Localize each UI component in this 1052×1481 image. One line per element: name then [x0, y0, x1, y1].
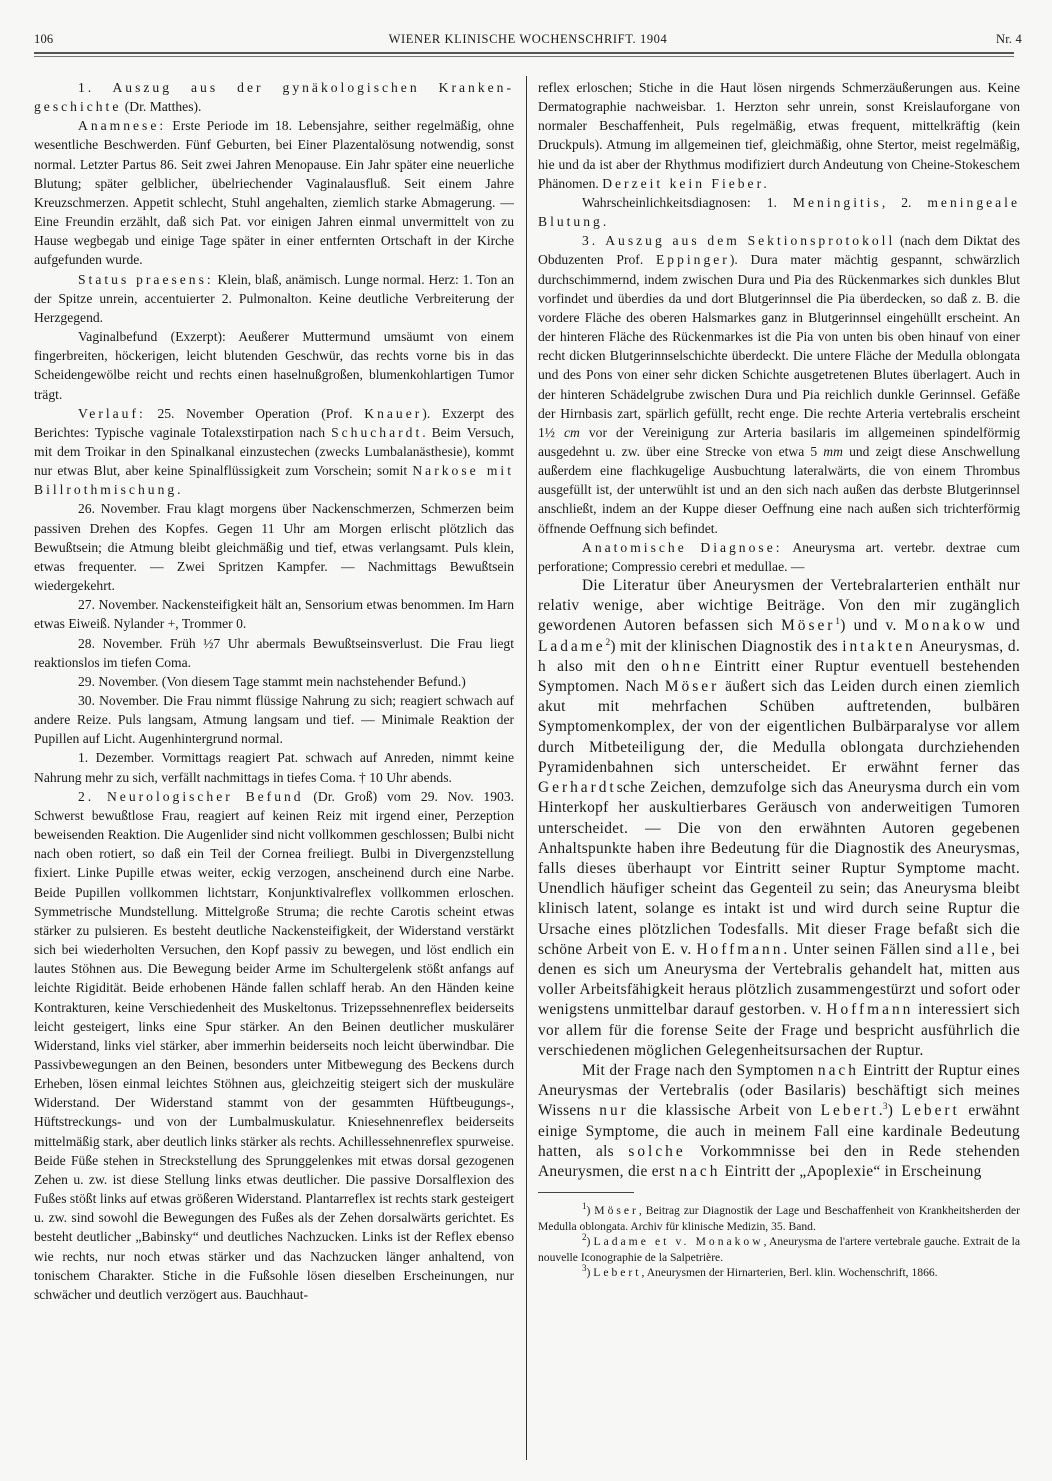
anamnese-paragraph: Anamnese: Erste Periode im 18. Lebensjah…	[34, 116, 514, 269]
anatomische-diagnose: Anatomische Diagnose: Aneurysma art. ver…	[538, 538, 1020, 576]
entry-28-november: 28. November. Früh ½7 Uhr abermals Bewuß…	[34, 634, 514, 672]
entry-1-dezember: 1. Dezember. Vormittags reagiert Pat. sc…	[34, 748, 514, 786]
verlauf-paragraph: Verlauf: 25. November Operation (Prof. K…	[34, 404, 514, 500]
left-column: 1. Auszug aus der gynäkologischen Kranke…	[34, 78, 514, 1304]
footnotes: 1) Möser, Beitrag zur Diagnostik der Lag…	[538, 1203, 1020, 1281]
status-praesens-paragraph: Status praesens: Klein, blaß, anämisch. …	[34, 270, 514, 327]
footnote-rule	[538, 1192, 634, 1193]
issue-number: Nr. 4	[996, 32, 1022, 47]
footnote-1: 1) Möser, Beitrag zur Diagnostik der Lag…	[538, 1203, 1020, 1234]
wahrscheinlichkeitsdiagnosen: Wahrscheinlichkeitsdiagnosen: 1. Meningi…	[538, 193, 1020, 231]
entry-30-november: 30. November. Die Frau nimmt flüssige Na…	[34, 691, 514, 748]
entry-27-november: 27. November. Nackensteifigkeit hält an,…	[34, 595, 514, 633]
right-column: reflex erloschen; Stiche in die Haut lös…	[538, 78, 1020, 1281]
sektionsprotokoll-paragraph: 3. Auszug aus dem Sektionsprotokoll (nac…	[538, 231, 1020, 538]
page-header: 106 WIENER KLINISCHE WOCHENSCHRIFT. 1904…	[34, 32, 1022, 52]
literature-discussion: Die Literatur über Aneurysmen der Verteb…	[538, 576, 1020, 1182]
footnote-3: 3) Lebert, Aneurysmen der Hirnarterien, …	[538, 1265, 1020, 1281]
vaginalbefund-paragraph: Vaginalbefund (Exzerpt): Aeußerer Mutter…	[34, 327, 514, 404]
literature-paragraph-1: Die Literatur über Aneurysmen der Verteb…	[538, 576, 1020, 1061]
footnote-2: 2) Ladame et v. Monakow, Aneurysma de l'…	[538, 1234, 1020, 1265]
header-rule	[34, 52, 1014, 57]
entry-29-november: 29. November. (Von diesem Tage stammt me…	[34, 672, 514, 691]
neurologischer-befund-paragraph: 2. Neurologischer Befund (Dr. Groß) vom …	[34, 787, 514, 1304]
entry-26-november: 26. November. Frau klagt morgens über Na…	[34, 499, 514, 595]
column-divider	[526, 76, 527, 1460]
journal-title: WIENER KLINISCHE WOCHENSCHRIFT. 1904	[34, 32, 1022, 47]
literature-paragraph-2: Mit der Frage nach den Symptomen nach Ei…	[538, 1061, 1020, 1182]
section-1-heading: 1. Auszug aus der gynäkologischen Kranke…	[34, 78, 514, 116]
befund-continuation: reflex erloschen; Stiche in die Haut lös…	[538, 78, 1020, 193]
